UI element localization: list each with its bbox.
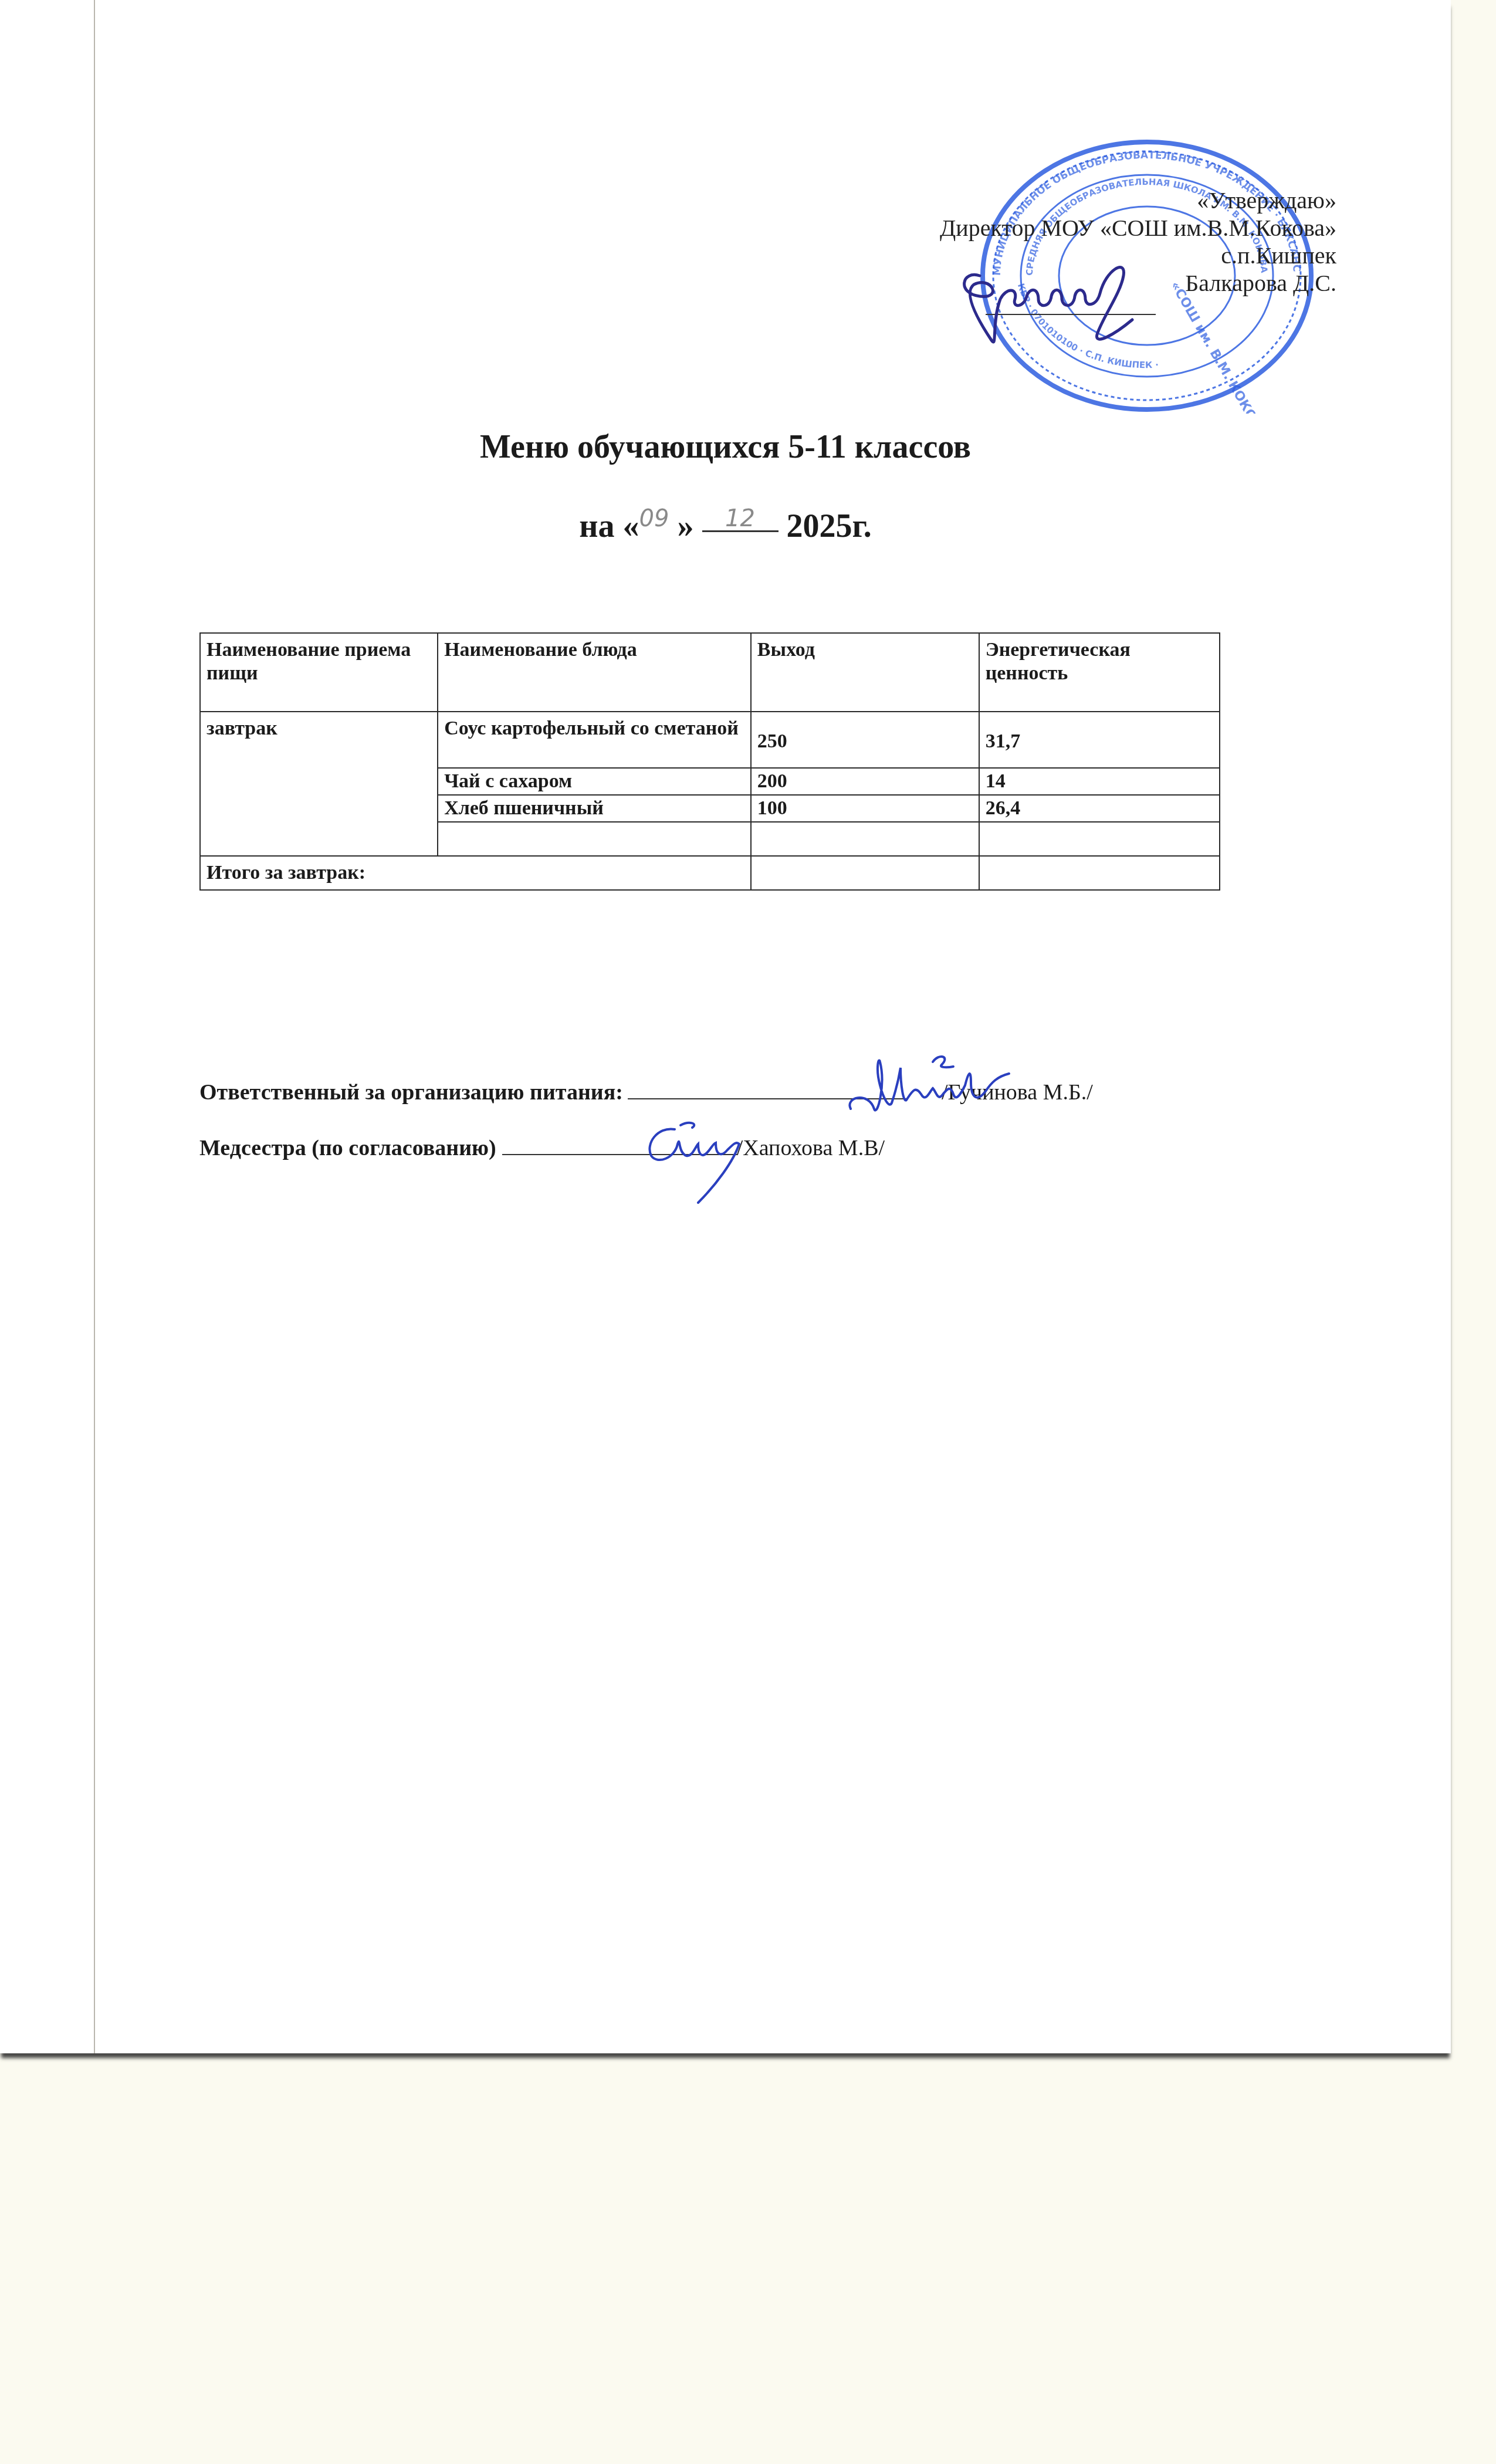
dish-output: 250 (751, 712, 979, 768)
total-energy (979, 856, 1220, 890)
margin-line (94, 0, 95, 2053)
dish-energy (979, 822, 1220, 856)
nurse-line: Медсестра (по согласованию)/Хапохова М.В… (199, 1135, 885, 1161)
director-signature-icon (956, 252, 1167, 358)
date-mid: » (678, 508, 694, 544)
dish-output: 100 (751, 795, 979, 822)
date-month: 12 (702, 507, 779, 532)
dish-output (751, 822, 979, 856)
date-day: 09 (639, 505, 669, 532)
date-year: 2025г. (787, 508, 872, 544)
dish-name: Соус картофельный со сметаной (438, 712, 751, 768)
header-meal: Наименование приема пищи (200, 633, 438, 712)
total-label: Итого за завтрак: (200, 856, 751, 890)
dish-energy: 14 (979, 768, 1220, 795)
nurse-signature-icon (634, 1121, 763, 1209)
dish-name: Чай с сахаром (438, 768, 751, 795)
total-output (751, 856, 979, 890)
menu-date: на «09 » 12 2025г. (0, 507, 1451, 545)
date-prefix: на « (579, 508, 639, 544)
header-output: Выход (751, 633, 979, 712)
meal-name: завтрак (200, 712, 438, 856)
header-dish: Наименование блюда (438, 633, 751, 712)
dish-name (438, 822, 751, 856)
responsible-label: Ответственный за организацию питания: (199, 1080, 623, 1105)
dish-energy: 26,4 (979, 795, 1220, 822)
approval-director-title: Директор МОУ «СОШ им.В.М.Кокова» (940, 214, 1336, 242)
dish-output: 200 (751, 768, 979, 795)
table-header-row: Наименование приема пищи Наименование бл… (200, 633, 1220, 712)
header-energy: Энергетическая ценность (979, 633, 1220, 712)
scanned-page: МУНИЦИПАЛЬНОЕ ОБЩЕОБРАЗОВАТЕЛЬНОЕ УЧРЕЖД… (0, 0, 1451, 2053)
dish-energy: 31,7 (979, 712, 1220, 768)
table-total-row: Итого за завтрак: (200, 856, 1220, 890)
page-title: Меню обучающихся 5-11 классов (0, 428, 1451, 466)
dish-name: Хлеб пшеничный (438, 795, 751, 822)
nurse-label: Медсестра (по согласованию) (199, 1136, 496, 1160)
responsible-signature-icon (845, 1050, 1021, 1121)
table-row: завтрак Соус картофельный со сметаной 25… (200, 712, 1220, 768)
approval-heading: «Утверждаю» (940, 187, 1336, 214)
menu-table: Наименование приема пищи Наименование бл… (199, 632, 1220, 891)
